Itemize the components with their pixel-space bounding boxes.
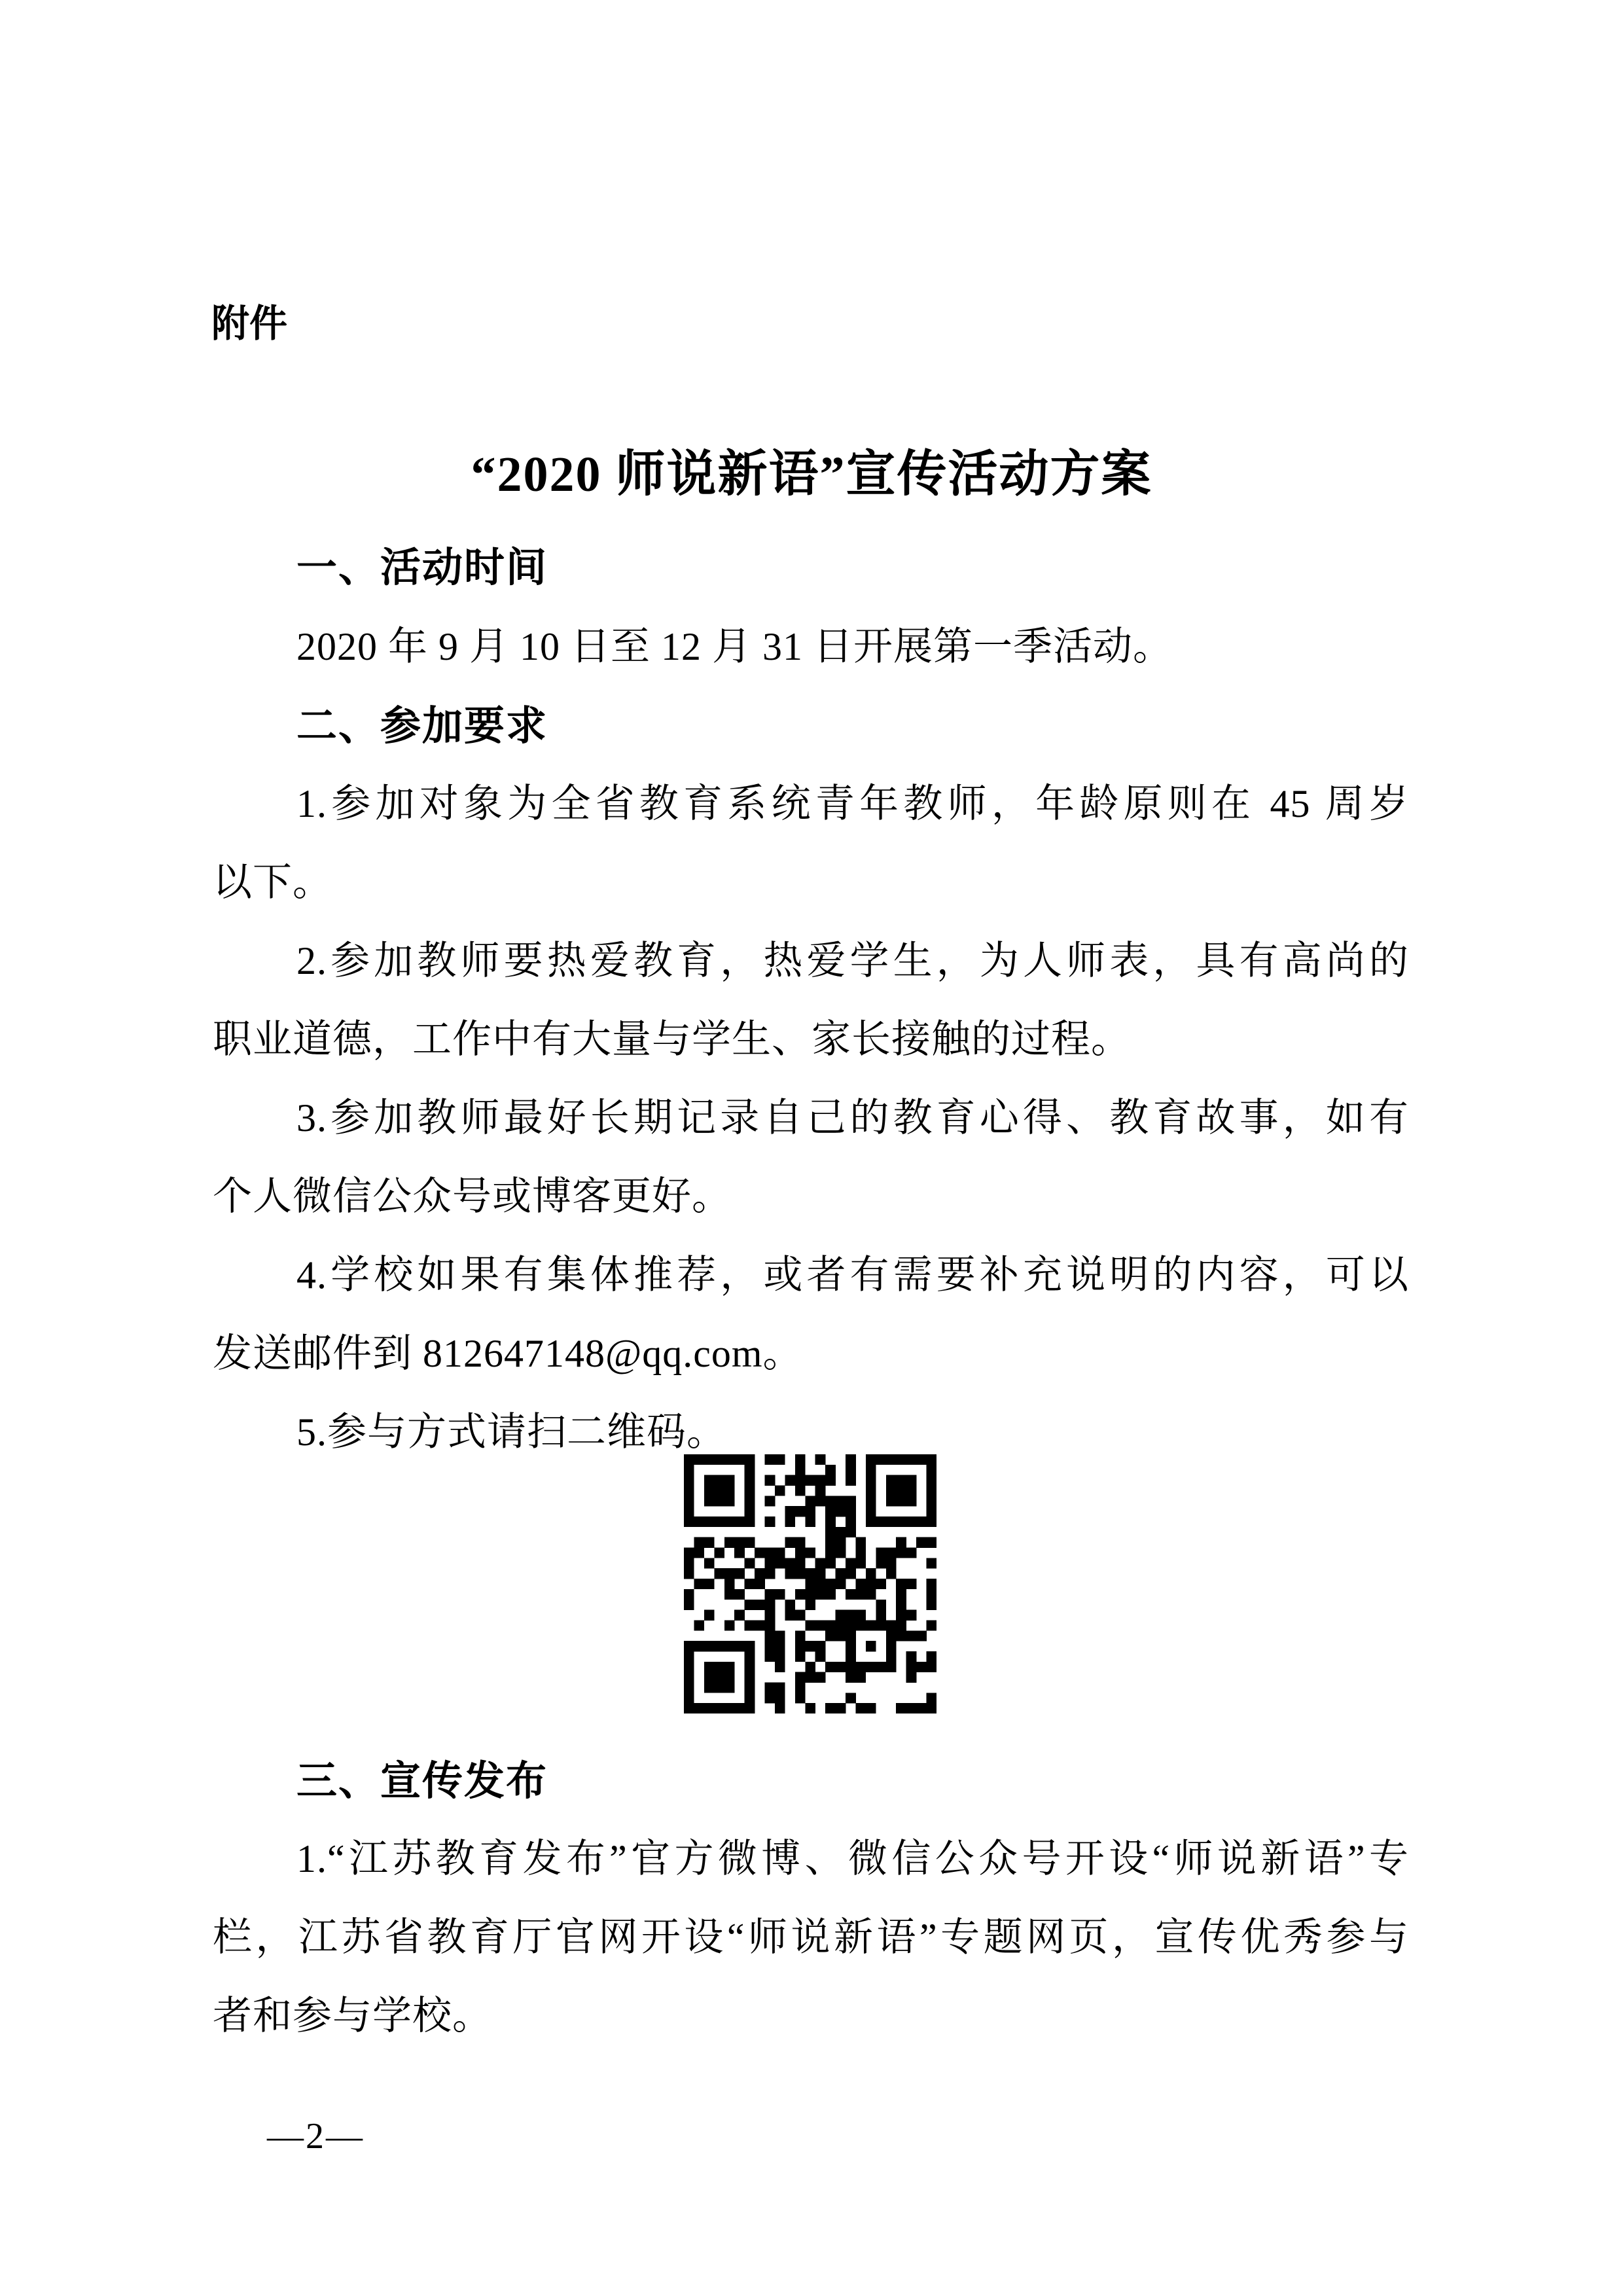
- paragraph-line: 职业道德，工作中有大量与学生、家长接触的过程。: [213, 1017, 1131, 1062]
- paragraph-line: 个人微信公众号或博客更好。: [213, 1174, 732, 1219]
- paragraph-line: 栏，江苏省教育厅官网开设“师说新语”专题网页，宣传优秀参与: [213, 1915, 1409, 1960]
- section-heading-participation: 二、参加要求: [296, 703, 548, 749]
- paragraph-line: 1.“江苏教育发布”官方微博、微信公众号开设“师说新语”专: [296, 1837, 1409, 1882]
- qr-code-image: [684, 1454, 936, 1713]
- paragraph-line: 2020 年 9 月 10 日至 12 月 31 日开展第一季活动。: [296, 624, 1173, 670]
- paragraph-line: 1.参加对象为全省教育系统青年教师，年龄原则在 45 周岁: [296, 781, 1409, 827]
- attachment-label: 附件: [211, 302, 287, 346]
- section-heading-activity-time: 一、活动时间: [296, 545, 548, 591]
- section-heading-publicity: 三、宣传发布: [296, 1758, 548, 1804]
- page-number: —2—: [267, 2115, 365, 2157]
- paragraph-line: 4.学校如果有集体推荐，或者有需要补充说明的内容，可以: [296, 1253, 1409, 1298]
- document-title: “2020 师说新语”宣传活动方案: [0, 446, 1623, 503]
- document-page: 附件 “2020 师说新语”宣传活动方案 一、活动时间 2020 年 9 月 1…: [0, 0, 1623, 2296]
- paragraph-line-email: 发送邮件到 812647148@qq.com。: [213, 1331, 803, 1376]
- paragraph-line: 3.参加教师最好长期记录自己的教育心得、教育故事，如有: [296, 1096, 1409, 1141]
- paragraph-line: 5.参与方式请扫二维码。: [296, 1410, 726, 1455]
- paragraph-line: 以下。: [213, 860, 332, 905]
- paragraph-line: 者和参与学校。: [213, 1994, 492, 2039]
- paragraph-line: 2.参加教师要热爱教育，热爱学生，为人师表，具有高尚的: [296, 939, 1409, 984]
